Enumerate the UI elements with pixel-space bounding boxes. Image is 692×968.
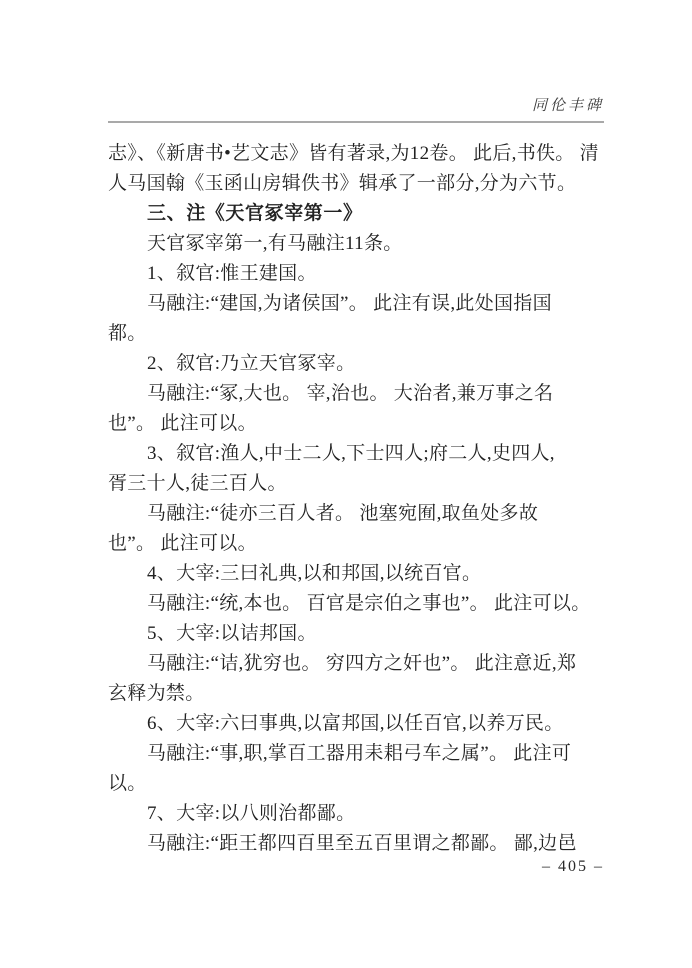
- text-line: 4、大宰:三曰礼典,以和邦国,以统百官。: [108, 559, 608, 589]
- text-line: 7、大宰:以八则治都鄙。: [108, 799, 608, 829]
- text-line: 人马国翰《玉函山房辑佚书》辑承了一部分,分为六节。: [108, 169, 608, 199]
- text-line: 6、大宰:六曰事典,以富邦国,以任百官,以养万民。: [108, 709, 608, 739]
- text-line: 天官冢宰第一,有马融注11条。: [108, 229, 608, 259]
- text-line: 马融注:“冢,大也。 宰,治也。 大治者,兼万事之名: [108, 379, 608, 409]
- page-footer: – 405 –: [108, 858, 604, 876]
- text-line: 马融注:“徒亦三百人者。 池塞宛囿,取鱼处多故: [108, 499, 608, 529]
- text-line: 以。: [108, 769, 608, 799]
- book-page: 同伦丰碑 志》、《新唐书•艺文志》皆有著录,为12卷。 此后,书佚。 清人马国翰…: [0, 0, 692, 968]
- header-rule: [108, 121, 604, 123]
- text-line: 都。: [108, 319, 608, 349]
- text-line: 三、注《天官冢宰第一》: [108, 199, 608, 229]
- running-title: 同伦丰碑: [532, 98, 604, 114]
- text-line: 马融注:“事,职,掌百工器用耒耜弓车之属”。 此注可: [108, 739, 608, 769]
- text-line: 玄释为禁。: [108, 679, 608, 709]
- text-line: 胥三十人,徒三百人。: [108, 469, 608, 499]
- text-line: 1、叙官:惟王建国。: [108, 259, 608, 289]
- page-header: 同伦丰碑: [108, 94, 604, 115]
- text-line: 马融注:“诘,犹穷也。 穷四方之奸也”。 此注意近,郑: [108, 649, 608, 679]
- text-line: 也”。 此注可以。: [108, 529, 608, 559]
- text-line: 2、叙官:乃立天官冢宰。: [108, 349, 608, 379]
- text-line: 志》、《新唐书•艺文志》皆有著录,为12卷。 此后,书佚。 清: [108, 139, 608, 169]
- body-text: 志》、《新唐书•艺文志》皆有著录,为12卷。 此后,书佚。 清人马国翰《玉函山房…: [108, 139, 608, 859]
- text-line: 也”。 此注可以。: [108, 409, 608, 439]
- text-line: 5、大宰:以诘邦国。: [108, 619, 608, 649]
- text-line: 3、叙官:渔人,中士二人,下士四人;府二人,史四人,: [108, 439, 608, 469]
- text-line: 马融注:“建国,为诸侯国”。 此注有误,此处国指国: [108, 289, 608, 319]
- text-line: 马融注:“统,本也。 百官是宗伯之事也”。 此注可以。: [108, 589, 608, 619]
- page-number: – 405 –: [542, 858, 604, 875]
- text-line: 马融注:“距王都四百里至五百里谓之都鄙。 鄙,边邑: [108, 829, 608, 859]
